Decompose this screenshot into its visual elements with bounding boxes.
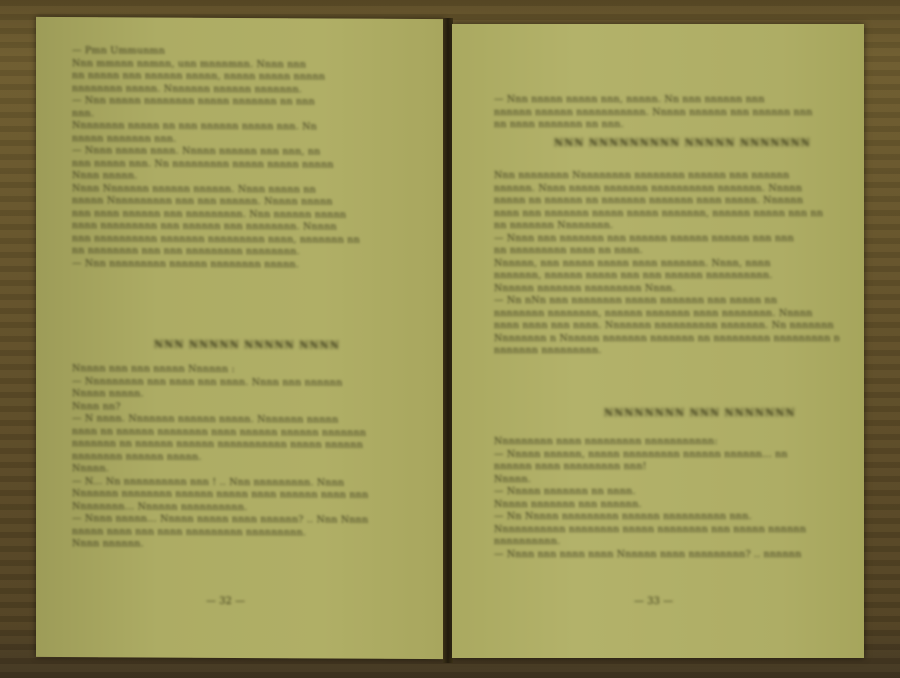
left-bottom-paragraphs: Nnnnn nnn nnn nnnnn Nnnnnn :— Nnnnnnnnn …: [72, 363, 422, 552]
text-line: Nnnnnn nnnnnnn nnnnnnnnn Nnnn.: [494, 283, 839, 296]
text-line: Nnnnnnnn n Nnnnnn nnnnnnn nnnnnnn nn nnn…: [494, 333, 839, 346]
text-line: nnnnnn nnnn nnnnnnnnn nnn!: [494, 461, 839, 474]
right-section-heading-1: NNN NNNNNNNNN NNNNN NNNNNNN: [554, 138, 811, 149]
text-line: nn nnnnnnnn nnn nnn nnnnnnnnn nnnnnnnn.: [72, 245, 422, 259]
right-section-heading-2: NNNNNNNN NNN NNNNNNN: [604, 408, 796, 419]
left-page-number: — 32 —: [206, 596, 245, 607]
text-line: nnnnnnnnnn.: [494, 536, 839, 549]
text-line: Nnnn nnnnn.: [72, 170, 422, 184]
text-line: nn nnnnn nnn nnnnnn nnnnn, nnnnn nnnnn n…: [72, 70, 422, 84]
right-page-number: — 33 —: [634, 596, 673, 607]
text-line: — Nnnnn nnnnnnn nn nnnn.: [494, 486, 839, 499]
text-line: nnnnnnnn nnnnnn nnnnn.: [72, 451, 422, 465]
text-line: Nnnnnnnn nnnnn nn nnn nnnnnn nnnnn nnn. …: [72, 120, 422, 134]
text-line: nn nnnn nnnnnnn nn nnn.: [494, 119, 839, 132]
text-line: — Nnnnn nnnnnn, nnnnn nnnnnnnnn nnnnnn n…: [494, 449, 839, 462]
text-line: nnnnnnnn nnnnnnnn, nnnnnn nnnnnnn nnnn n…: [494, 308, 839, 321]
text-line: — Nnn nnnnn nnnnn nnn, nnnnn. Nn nnn nnn…: [494, 94, 839, 107]
text-line: Nnnnn nnnnn.: [72, 388, 422, 402]
text-line: nnnn nnnnnnnnn nnn nnnnnn nnn nnnnnnnn. …: [72, 220, 422, 234]
text-line: Nnnnn nnn nnn nnnnn Nnnnnn :: [72, 363, 422, 377]
text-line: Nnnnnn, nnn nnnnn nnnnn nnnn nnnnnnn. Nn…: [494, 258, 839, 271]
text-line: — Nnnn nnn nnnn nnnn Nnnnnn nnnn nnnnnnn…: [494, 549, 839, 562]
text-line: — Nnnn nnnnn nnnn. Nnnnn nnnnnn nnn nnn,…: [72, 145, 422, 159]
text-line: Nnnnnnnnn nnnn nnnnnnnnn nnnnnnnnnnn:: [494, 436, 839, 449]
text-line: — Nn Nnnnn nnnnnnnnn nnnnnn nnnnnnnnnn n…: [494, 511, 839, 524]
text-line: — Nnnn nnnnn... Nnnnn nnnnn nnnn nnnnnn?…: [72, 513, 422, 527]
text-line: — Nnnn nnn nnnnnnn nnn nnnnnn nnnnnn nnn…: [494, 233, 839, 246]
text-line: Nnnn nnnnnn.: [72, 538, 422, 552]
text-line: — Nnn nnnnn nnnnnnnn nnnnn nnnnnnn nn nn…: [72, 95, 422, 109]
text-line: nnnnnn nnnnnn nnnnnnnnnnn. Nnnnn nnnnnn …: [494, 107, 839, 120]
text-line: Nnn nnnnnnnn Nnnnnnnnn nnnnnnnn nnnnnn n…: [494, 170, 839, 183]
text-line: nnnn nnn nnnnnnn nnnnn nnnnn nnnnnnn, nn…: [494, 208, 839, 221]
text-line: Nnnnn.: [494, 474, 839, 487]
text-line: nn nnnnnnnnn nnnn nn nnnn.: [494, 245, 839, 258]
text-line: nnnnnnn, nnnnnn nnnnn nnn nnn nnnnnn nnn…: [494, 270, 839, 283]
text-line: nnnn nnnn nnn nnnn. Nnnnnnn nnnnnnnnnn n…: [494, 320, 839, 333]
right-page: — Nnn nnnnn nnnnn nnn, nnnnn. Nn nnn nnn…: [452, 24, 864, 658]
right-top-paragraphs: — Nnn nnnnn nnnnn nnn, nnnnn. Nn nnn nnn…: [494, 94, 839, 132]
text-line: nn nnnnnnn Nnnnnnnn.: [494, 220, 839, 233]
text-line: Nnnnnnnnnnn nnnnnnnn nnnnn nnnnnnnn nnn …: [494, 524, 839, 537]
right-middle-paragraphs: Nnn nnnnnnnn Nnnnnnnnn nnnnnnnn nnnnnn n…: [494, 170, 839, 358]
right-bottom-paragraphs: Nnnnnnnnn nnnn nnnnnnnnn nnnnnnnnnnn:— N…: [494, 436, 839, 561]
text-line: nnnnn Nnnnnnnnnn nnn nnn nnnnnn. Nnnnn n…: [72, 195, 422, 209]
left-page: — Pmn UmmunmnNnn mmnnn nnmnn, unn mnnnmn…: [36, 17, 444, 659]
text-line: Nnnnnnn nnnnnnnn nnnnnn nnnnn nnnn nnnnn…: [72, 488, 422, 502]
left-top-paragraphs: — Pmn UmmunmnNnn mmnnn nnmnn, unn mnnnmn…: [72, 45, 422, 272]
text-line: nnnnnnn nn nnnnnn nnnnnn nnnnnnnnnnn nnn…: [72, 438, 422, 452]
left-section-heading: NNN NNNNN NNNNN NNNN: [154, 340, 340, 352]
text-line: Nnnnn nnnnnnn nnn nnnnnn.: [494, 499, 839, 512]
text-line: nnnnnnn nnnnnnnnn.: [494, 345, 839, 358]
text-line: nnnnn nn nnnnnn nn nnnnnnn nnnnnnn nnnn …: [494, 195, 839, 208]
text-line: nnnnnn. Nnnn nnnnn nnnnnnn nnnnnnnnnn nn…: [494, 183, 839, 196]
text-line: — N nnnn. Nnnnnnn nnnnnn nnnnn. Nnnnnnn …: [72, 413, 422, 427]
text-line: — Nnn nnnnnnnnn nnnnnn nnnnnnnn nnnnn.: [72, 258, 422, 272]
text-line: — Nn nNn nnn nnnnnnnn nnnnn nnnnnnn nnn …: [494, 295, 839, 308]
text-line: — Pmn Ummunmn: [72, 45, 422, 59]
